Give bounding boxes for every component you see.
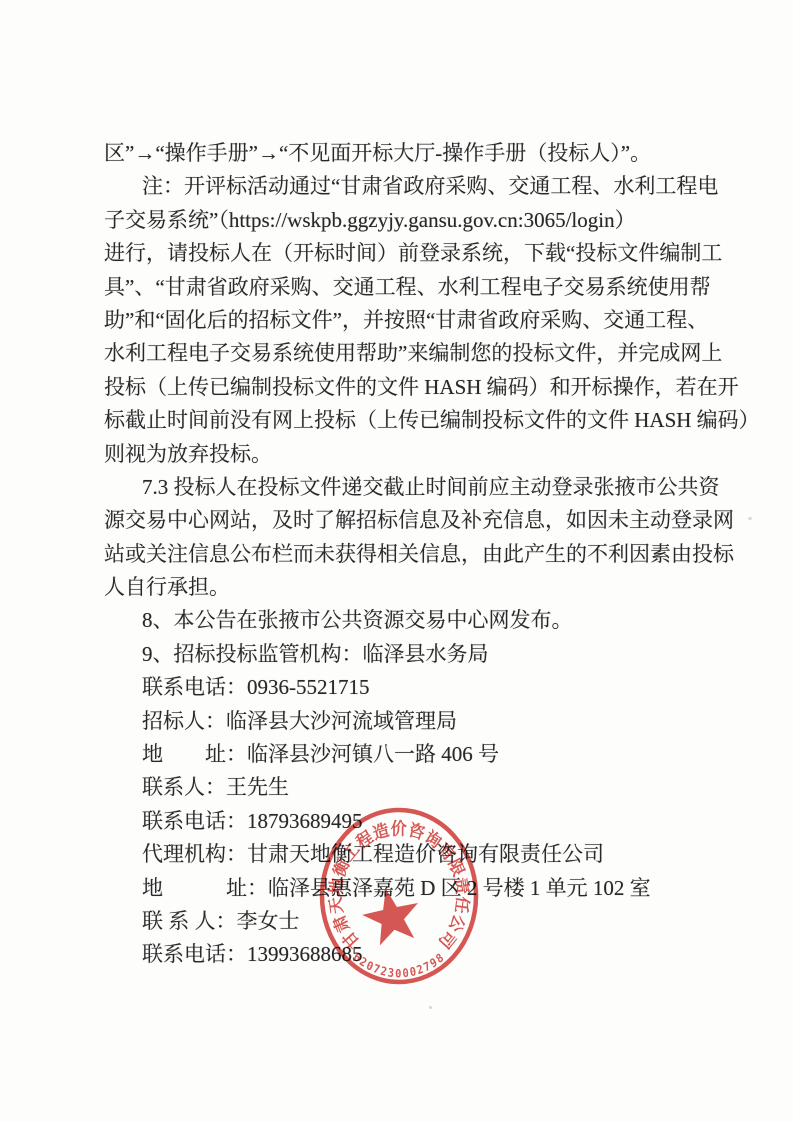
- document-page: 区”→“操作手册”→“不见面开标大厅-操作手册（投标人）”。 注：开评标活动通过…: [0, 0, 793, 1122]
- text-line: 联系电话：0936-5521715: [104, 671, 690, 704]
- text-line: 站或关注信息公布栏而未获得相关信息，由此产生的不利因素由投标: [104, 538, 690, 571]
- text-line: 投标（上传已编制投标文件的文件 HASH 编码）和开标操作，若在开: [104, 371, 690, 404]
- text-line: 水利工程电子交易系统使用帮助”来编制您的投标文件，并完成网上: [104, 337, 690, 370]
- text-line: 9、招标投标监管机构：临泽县水务局: [104, 638, 690, 671]
- text-line: 7.3 投标人在投标文件递交截止时间前应主动登录张掖市公共资: [104, 471, 690, 504]
- seal-code-number: 6207230002798: [351, 950, 447, 981]
- text-line: 8、本公告在张掖市公共资源交易中心网发布。: [104, 604, 690, 637]
- text-line: 源交易中心网站，及时了解招标信息及补充信息，如因未主动登录网: [104, 504, 690, 537]
- seal-company-name: 甘肃天地衡工程造价咨询有限责任公司: [326, 819, 472, 953]
- text-line: 助”和“固化后的招标文件”，并按照“甘肃省政府采购、交通工程、: [104, 304, 690, 337]
- text-line: 进行，请投标人在（开标时间）前登录系统，下载“投标文件编制工: [104, 237, 690, 270]
- company-seal-stamp: 甘肃天地衡工程造价咨询有限责任公司 6207230002798: [294, 791, 504, 1001]
- text-line: 标截止时间前没有网上投标（上传已编制投标文件的文件 HASH 编码）: [104, 404, 690, 437]
- text-line: 区”→“操作手册”→“不见面开标大厅-操作手册（投标人）”。: [104, 137, 690, 170]
- text-line: 招标人：临泽县大沙河流域管理局: [104, 705, 690, 738]
- text-line: 则视为放弃投标。: [104, 438, 690, 471]
- scan-speck: [748, 517, 752, 520]
- scan-speck: [429, 1006, 432, 1009]
- text-line: 具”、“甘肃省政府采购、交通工程、水利工程电子交易系统使用帮: [104, 271, 690, 304]
- star-icon: [358, 883, 425, 948]
- text-line: 地 址：临泽县沙河镇八一路 406 号: [104, 738, 690, 771]
- text-line: 人自行承担。: [104, 571, 690, 604]
- text-line: 子交易系统”（https://wskpb.ggzyjy.gansu.gov.cn…: [104, 204, 690, 237]
- text-line: 注：开评标活动通过“甘肃省政府采购、交通工程、水利工程电: [104, 170, 690, 203]
